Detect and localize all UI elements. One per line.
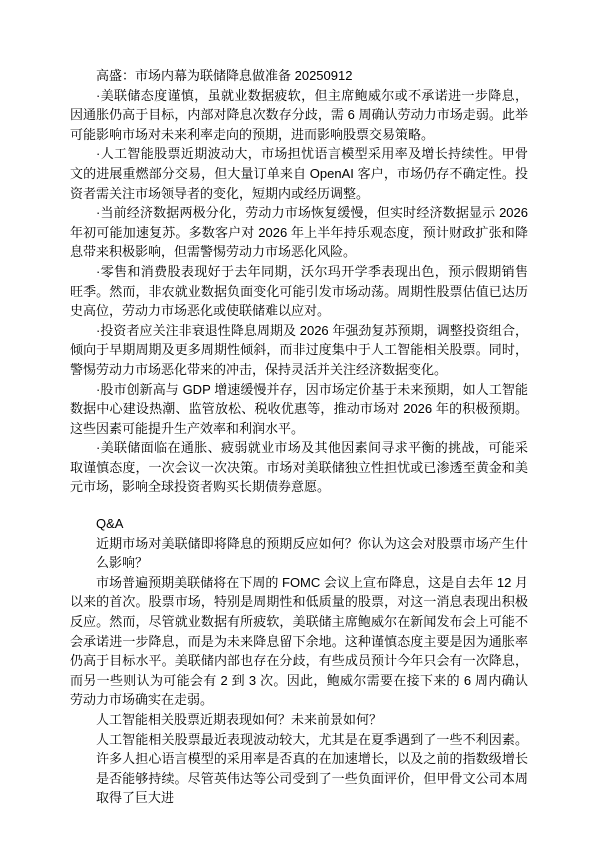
qa-section-heading: Q&A [96, 514, 528, 534]
bullet-paragraph-fed-caution: ·美联储态度谨慎，虽就业数据疲软，但主席鲍威尔或不承诺进一步降息，因通胀仍高于目… [70, 86, 528, 145]
document-title: 高盛：市场内幕为联储降息做准备 20250912 [70, 66, 528, 86]
document-page: 高盛：市场内幕为联储降息做准备 20250912 ·美联储态度谨慎，虽就业数据疲… [0, 0, 595, 841]
bullet-paragraph-investor-advice: ·投资者应关注非衰退性降息周期及 2026 年强劲复苏预期，调整投资组合，倾向于… [70, 321, 528, 380]
qa-question-ai-outlook: 人工智能相关股票近期表现如何？未来前景如何？ [96, 710, 528, 730]
qa-question-rate-cut: 近期市场对美联储即将降息的预期反应如何？你认为这会对股票市场产生什么影响？ [96, 534, 528, 573]
bullet-paragraph-retail-consumer: ·零售和消费股表现好于去年同期，沃尔玛开学季表现出色，预示假期销售旺季。然而，非… [70, 262, 528, 321]
bullet-paragraph-market-highs: ·股市创新高与 GDP 增速缓慢并存，因市场定价基于未来预期，如人工智能数据中心… [70, 380, 528, 439]
qa-answer-rate-cut: 市场普遍预期美联储将在下周的 FOMC 会议上宣布降息，这是自去年 12 月以来… [70, 573, 528, 710]
bullet-paragraph-economic-data: ·当前经济数据两极分化，劳动力市场恢复缓慢，但实时经济数据显示 2026 年初可… [70, 203, 528, 262]
qa-answer-ai-outlook: 人工智能相关股票最近表现波动较大，尤其是在夏季遇到了一些不利因素。许多人担心语言… [96, 730, 528, 808]
bullet-paragraph-ai-stocks: ·人工智能股票近期波动大，市场担忧语言模型采用率及增长持续性。甲骨文的进展重燃部… [70, 144, 528, 203]
section-gap [70, 497, 528, 514]
bullet-paragraph-fed-balance: ·美联储面临在通胀、疲弱就业市场及其他因素间寻求平衡的挑战，可能采取谨慎态度，一… [70, 438, 528, 497]
